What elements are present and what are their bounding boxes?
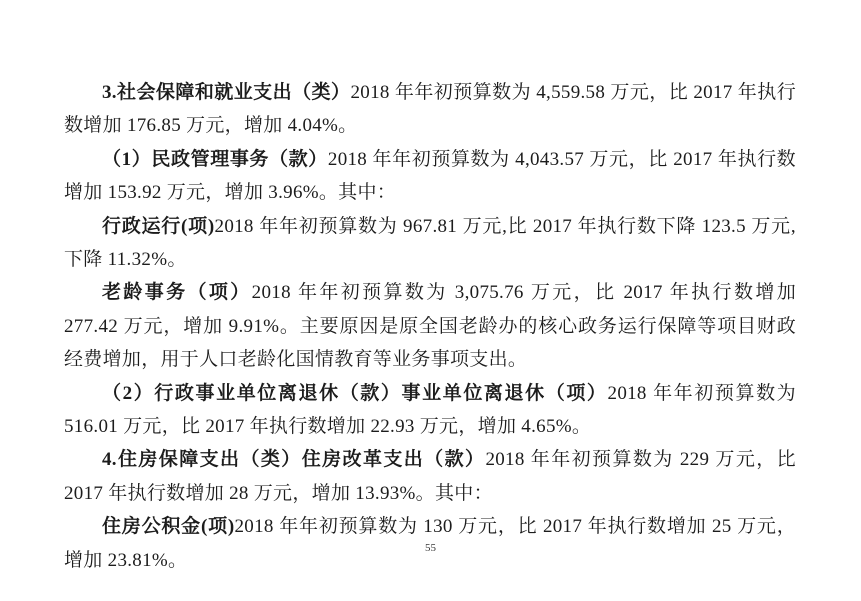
paragraph-admin-operation: 行政运行(项)2018 年年初预算数为 967.81 万元,比 2017 年执行… — [64, 210, 796, 277]
paragraph-aging-affairs: 老龄事务（项）2018 年年初预算数为 3,075.76 万元，比 2017 年… — [64, 276, 796, 376]
paragraph-lead: 3.社会保障和就业支出（类） — [102, 82, 350, 103]
paragraph-lead: （2）行政事业单位离退休（款）事业单位离退休（项） — [102, 383, 608, 404]
paragraph-lead: 行政运行(项) — [102, 216, 215, 237]
paragraph-lead: 老龄事务（项） — [102, 282, 252, 303]
paragraph-retirement: （2）行政事业单位离退休（款）事业单位离退休（项）2018 年年初预算数为 51… — [64, 377, 796, 444]
paragraph-lead: 住房公积金(项) — [102, 516, 235, 537]
paragraph-social-security: 3.社会保障和就业支出（类）2018 年年初预算数为 4,559.58 万元，比… — [64, 76, 796, 143]
page-number: 55 — [0, 542, 861, 554]
paragraph-lead: 4.住房保障支出（类）住房改革支出（款） — [102, 449, 485, 470]
document-body: 3.社会保障和就业支出（类）2018 年年初预算数为 4,559.58 万元，比… — [64, 76, 796, 577]
paragraph-housing-security: 4.住房保障支出（类）住房改革支出（款）2018 年年初预算数为 229 万元，… — [64, 443, 796, 510]
document-page: 3.社会保障和就业支出（类）2018 年年初预算数为 4,559.58 万元，比… — [0, 0, 861, 601]
paragraph-lead: （1）民政管理事务（款） — [102, 149, 328, 170]
paragraph-civil-affairs: （1）民政管理事务（款）2018 年年初预算数为 4,043.57 万元，比 2… — [64, 143, 796, 210]
